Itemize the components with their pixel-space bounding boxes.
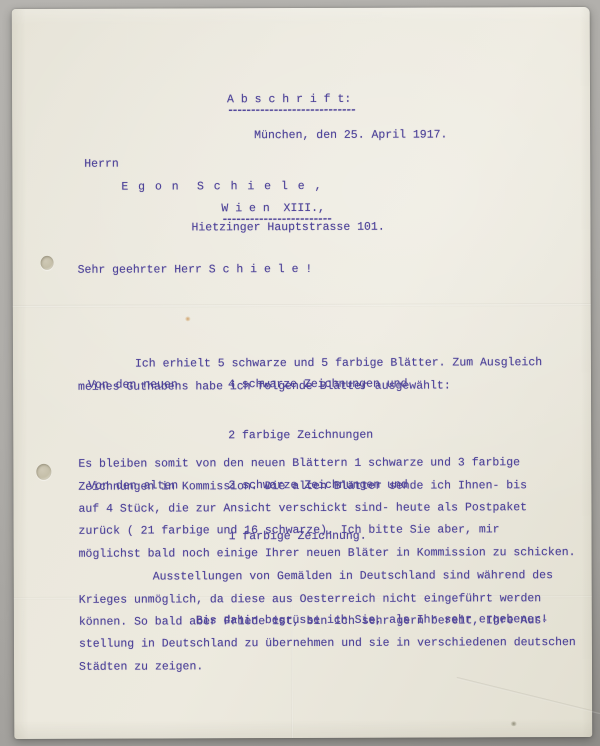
recipient-prefix: Herrn [84, 158, 119, 171]
dateline: München, den 25. April 1917. [254, 128, 447, 142]
letter-line: Es bleiben somit von den neuen Blättern … [78, 452, 598, 476]
letter-line: Krieges unmöglich, da diese aus Oesterre… [79, 588, 599, 612]
paragraph-3: Ausstellungen von Gemälden in Deutschlan… [78, 498, 599, 679]
letter-paper: A b s c h r i f t: ---------------------… [12, 7, 593, 739]
photo-background: A b s c h r i f t: ---------------------… [0, 0, 600, 746]
letter-line: Städten zu zeigen. [79, 655, 599, 679]
closing-line: Bis dahin begrüsse ich Sie, als Ihr sehr… [196, 613, 548, 627]
heading-underline: ---------------------------- [227, 104, 354, 117]
letter-line: Zeichnungen in Kommission. Die alten Blä… [78, 475, 598, 499]
recipient-name: E g o n S c h i e l e , [121, 180, 323, 194]
salutation: Sehr geehrter Herr S c h i e l e ! [78, 263, 313, 277]
letter-content: A b s c h r i f t: ---------------------… [12, 7, 593, 739]
letter-line: Ausstellungen von Gemälden in Deutschlan… [153, 565, 599, 589]
letter-line: stellung in Deutschland zu übernehmen un… [79, 632, 599, 656]
recipient-street: Hietzinger Hauptstrasse 101. [191, 221, 384, 235]
